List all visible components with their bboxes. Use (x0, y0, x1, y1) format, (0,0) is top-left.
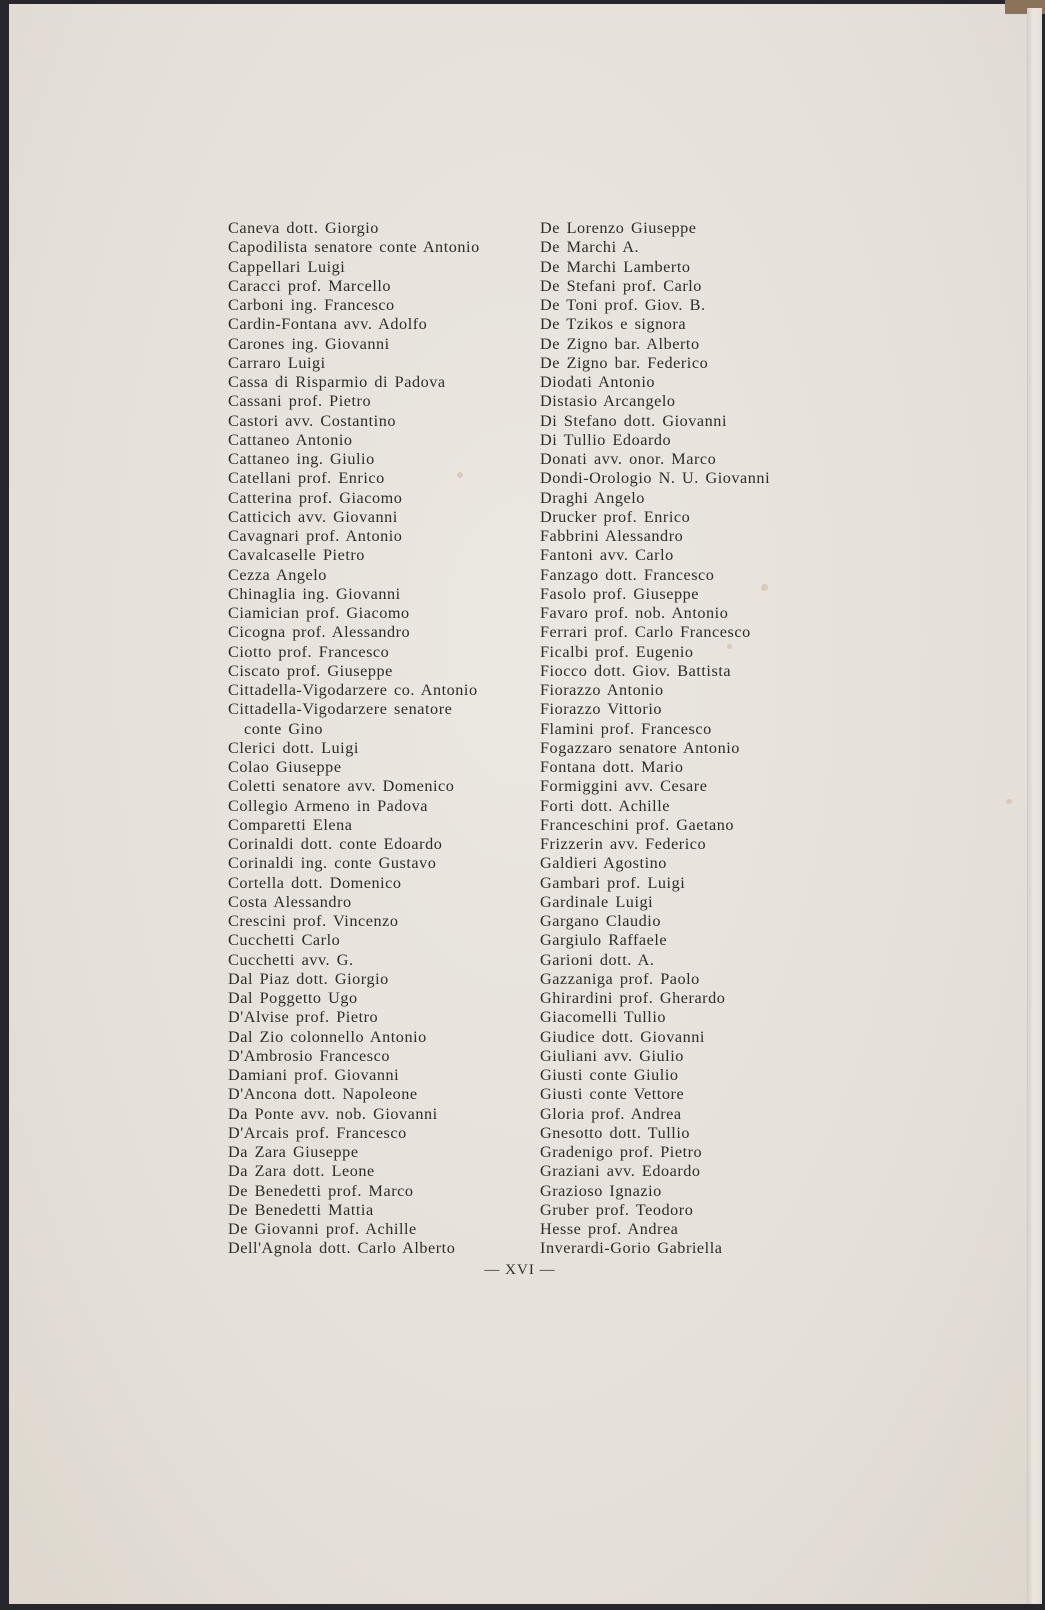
list-item: Cicogna prof. Alessandro (228, 623, 480, 642)
foxing-spot (1006, 799, 1012, 804)
list-item: Franceschini prof. Gaetano (540, 816, 770, 835)
list-item: Da Zara Giuseppe (228, 1143, 480, 1162)
name-list-right-column: De Lorenzo Giuseppe De Marchi A. De Marc… (540, 219, 770, 1259)
list-item: Flamini prof. Francesco (540, 720, 770, 739)
list-item: Cassa di Risparmio di Padova (228, 373, 480, 392)
list-item: D'Ambrosio Francesco (228, 1047, 480, 1066)
list-item: Carboni ing. Francesco (228, 296, 480, 315)
list-item: Catticich avv. Giovanni (228, 508, 480, 527)
list-item: Gazzaniga prof. Paolo (540, 970, 770, 989)
list-item: De Lorenzo Giuseppe (540, 219, 770, 238)
list-item: Costa Alessandro (228, 893, 480, 912)
list-item: Collegio Armeno in Padova (228, 797, 480, 816)
list-item: Gardinale Luigi (540, 893, 770, 912)
list-item: Fasolo prof. Giuseppe (540, 585, 770, 604)
list-item: Da Zara dott. Leone (228, 1162, 480, 1181)
list-item: Gargiulo Raffaele (540, 931, 770, 950)
list-item: Gloria prof. Andrea (540, 1105, 770, 1124)
list-item: De Zigno bar. Alberto (540, 335, 770, 354)
list-item: Chinaglia ing. Giovanni (228, 585, 480, 604)
list-item: Cavalcaselle Pietro (228, 546, 480, 565)
list-item: Ciotto prof. Francesco (228, 643, 480, 662)
list-item: Cardin-Fontana avv. Adolfo (228, 315, 480, 334)
list-item: Giuliani avv. Giulio (540, 1047, 770, 1066)
list-item: Gnesotto dott. Tullio (540, 1124, 770, 1143)
book-page (9, 4, 1029, 1604)
list-item: Fiorazzo Vittorio (540, 700, 770, 719)
list-item: Gradenigo prof. Pietro (540, 1143, 770, 1162)
list-item: Cucchetti Carlo (228, 931, 480, 950)
list-item: Drucker prof. Enrico (540, 508, 770, 527)
list-item: Fiocco dott. Giov. Battista (540, 662, 770, 681)
list-item: Cappellari Luigi (228, 258, 480, 277)
list-item: Catterina prof. Giacomo (228, 489, 480, 508)
list-item: Fontana dott. Mario (540, 758, 770, 777)
list-item: Carones ing. Giovanni (228, 335, 480, 354)
list-item: Caracci prof. Marcello (228, 277, 480, 296)
list-item: Clerici dott. Luigi (228, 739, 480, 758)
list-item: Cezza Angelo (228, 566, 480, 585)
list-item: Donati avv. onor. Marco (540, 450, 770, 469)
list-item: Damiani prof. Giovanni (228, 1066, 480, 1085)
list-item: Cattaneo Antonio (228, 431, 480, 450)
list-item: D'Ancona dott. Napoleone (228, 1085, 480, 1104)
list-item: Fogazzaro senatore Antonio (540, 739, 770, 758)
list-item: Da Ponte avv. nob. Giovanni (228, 1105, 480, 1124)
list-item: Capodilista senatore conte Antonio (228, 238, 480, 257)
list-item: Cortella dott. Domenico (228, 874, 480, 893)
list-item: Ghirardini prof. Gherardo (540, 989, 770, 1008)
list-item: Dal Piaz dott. Giorgio (228, 970, 480, 989)
list-item: De Marchi Lamberto (540, 258, 770, 277)
list-item: Diodati Antonio (540, 373, 770, 392)
list-item: Gambari prof. Luigi (540, 874, 770, 893)
list-item: Corinaldi dott. conte Edoardo (228, 835, 480, 854)
list-item: De Benedetti prof. Marco (228, 1182, 480, 1201)
list-item: Distasio Arcangelo (540, 392, 770, 411)
list-item: Cavagnari prof. Antonio (228, 527, 480, 546)
list-item: Di Stefano dott. Giovanni (540, 412, 770, 431)
binding-edge (1027, 8, 1042, 1604)
list-item: Cittadella-Vigodarzere senatore (228, 700, 480, 719)
list-item: Fiorazzo Antonio (540, 681, 770, 700)
list-item: Cittadella-Vigodarzere co. Antonio (228, 681, 480, 700)
list-item: Dal Zio colonnello Antonio (228, 1028, 480, 1047)
list-item: De Zigno bar. Federico (540, 354, 770, 373)
list-item: Coletti senatore avv. Domenico (228, 777, 480, 796)
list-item: De Toni prof. Giov. B. (540, 296, 770, 315)
list-item-continuation: conte Gino (228, 720, 480, 739)
list-item: Favaro prof. nob. Antonio (540, 604, 770, 623)
list-item: Frizzerin avv. Federico (540, 835, 770, 854)
list-item: D'Arcais prof. Francesco (228, 1124, 480, 1143)
list-item: Corinaldi ing. conte Gustavo (228, 854, 480, 873)
list-item: Cucchetti avv. G. (228, 951, 480, 970)
list-item: Ciamician prof. Giacomo (228, 604, 480, 623)
list-item: Colao Giuseppe (228, 758, 480, 777)
list-item: Giacomelli Tullio (540, 1008, 770, 1027)
list-item: De Benedetti Mattia (228, 1201, 480, 1220)
list-item: Ferrari prof. Carlo Francesco (540, 623, 770, 642)
page-number: — XVI — (470, 1262, 570, 1279)
list-item: Cattaneo ing. Giulio (228, 450, 480, 469)
list-item: Grazioso Ignazio (540, 1182, 770, 1201)
list-item: De Giovanni prof. Achille (228, 1220, 480, 1239)
list-item: De Marchi A. (540, 238, 770, 257)
list-item: Di Tullio Edoardo (540, 431, 770, 450)
list-item: Caneva dott. Giorgio (228, 219, 480, 238)
list-item: Crescini prof. Vincenzo (228, 912, 480, 931)
list-item: De Tzikos e signora (540, 315, 770, 334)
list-item: Giudice dott. Giovanni (540, 1028, 770, 1047)
list-item: Ficalbi prof. Eugenio (540, 643, 770, 662)
list-item: Dondi-Orologio N. U. Giovanni (540, 469, 770, 488)
name-list-left-column: Caneva dott. Giorgio Capodilista senator… (228, 219, 480, 1259)
list-item: Forti dott. Achille (540, 797, 770, 816)
list-item: Ciscato prof. Giuseppe (228, 662, 480, 681)
list-item: Gruber prof. Teodoro (540, 1201, 770, 1220)
list-item: De Stefani prof. Carlo (540, 277, 770, 296)
list-item: Garioni dott. A. (540, 951, 770, 970)
list-item: Castori avv. Costantino (228, 412, 480, 431)
list-item: Carraro Luigi (228, 354, 480, 373)
list-item: Comparetti Elena (228, 816, 480, 835)
list-item: Fantoni avv. Carlo (540, 546, 770, 565)
list-item: Cassani prof. Pietro (228, 392, 480, 411)
list-item: Hesse prof. Andrea (540, 1220, 770, 1239)
list-item: Fanzago dott. Francesco (540, 566, 770, 585)
list-item: Gargano Claudio (540, 912, 770, 931)
list-item: Inverardi-Gorio Gabriella (540, 1239, 770, 1258)
list-item: Formiggini avv. Cesare (540, 777, 770, 796)
list-item: Giusti conte Vettore (540, 1085, 770, 1104)
list-item: Fabbrini Alessandro (540, 527, 770, 546)
list-item: Draghi Angelo (540, 489, 770, 508)
list-item: Giusti conte Giulio (540, 1066, 770, 1085)
list-item: Catellani prof. Enrico (228, 469, 480, 488)
list-item: Galdieri Agostino (540, 854, 770, 873)
list-item: D'Alvise prof. Pietro (228, 1008, 480, 1027)
list-item: Graziani avv. Edoardo (540, 1162, 770, 1181)
list-item: Dal Poggetto Ugo (228, 989, 480, 1008)
list-item: Dell'Agnola dott. Carlo Alberto (228, 1239, 480, 1258)
